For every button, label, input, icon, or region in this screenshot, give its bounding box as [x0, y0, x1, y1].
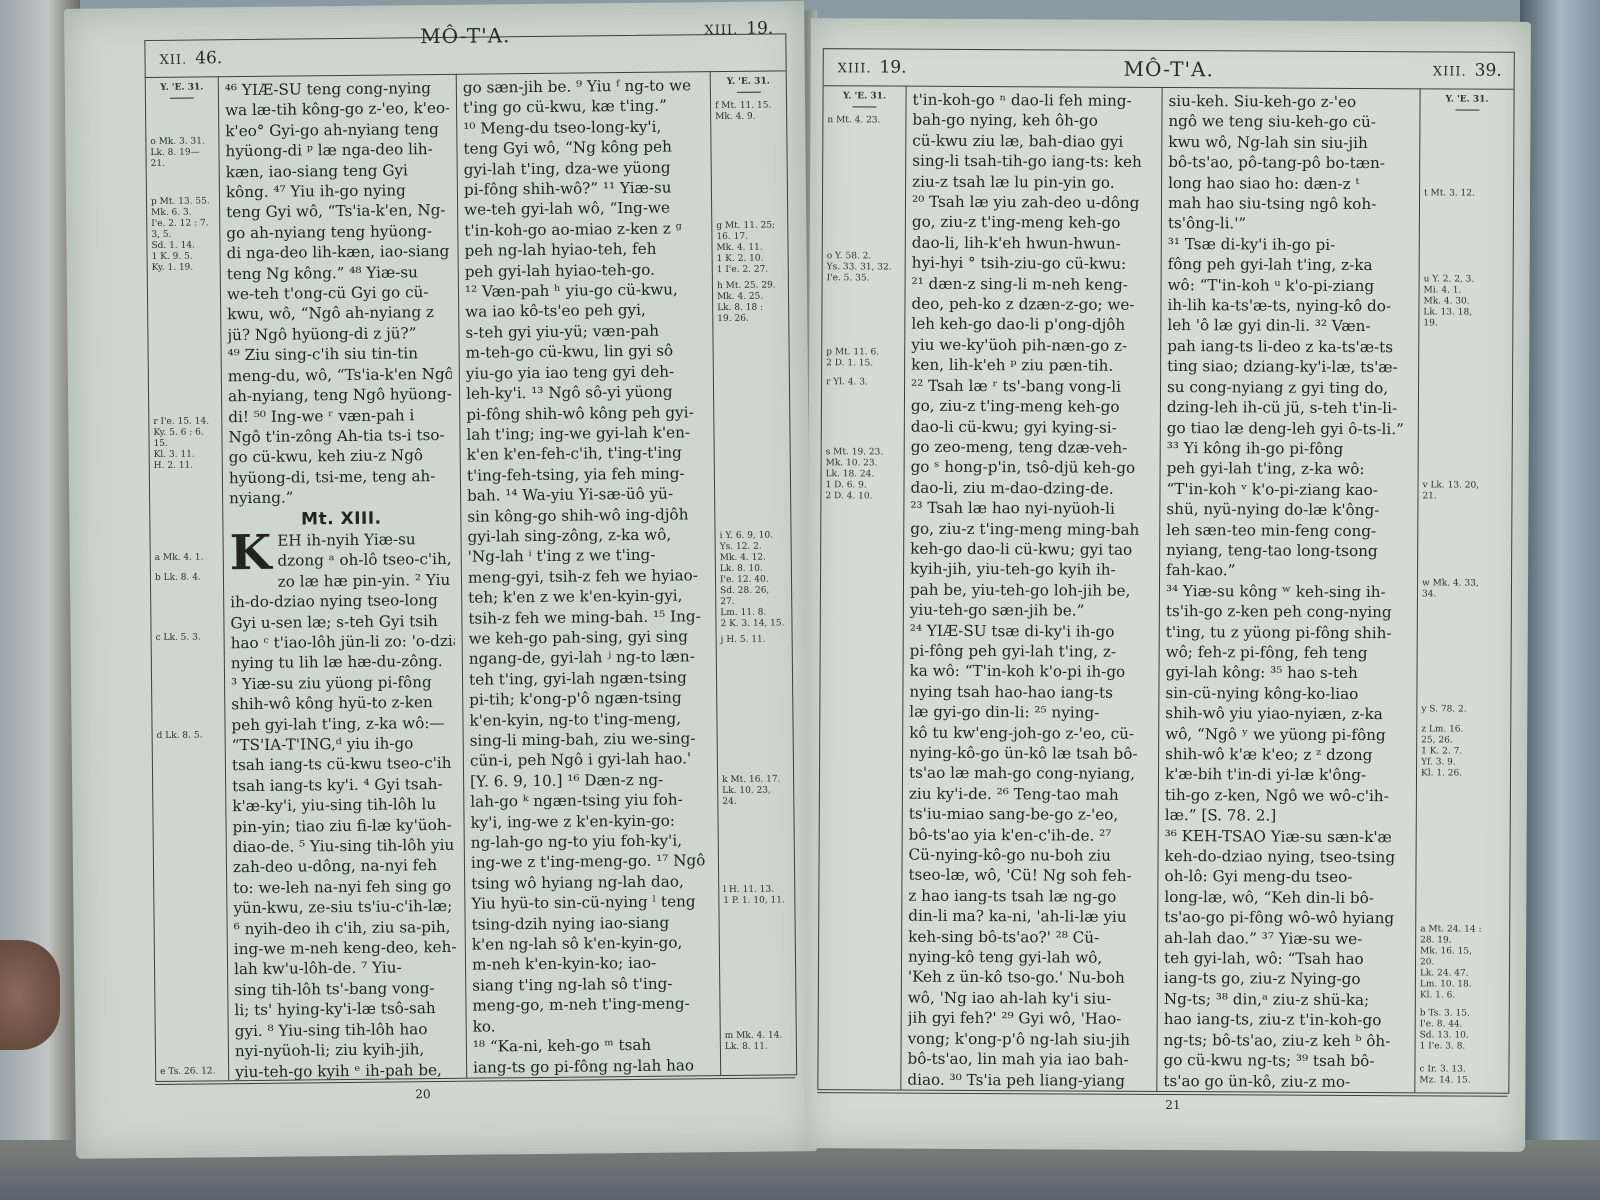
- text-line: hyi-hyi ° tsih-ziu-go cü-kwu:: [912, 253, 1154, 275]
- text-line: go cü-kwu ng-ts; ³⁹ tsah bô-: [1163, 1050, 1407, 1072]
- text-line: keh-sing bô-ts'ao?' ²⁸ Cü-: [908, 926, 1150, 948]
- drop-cap: K: [229, 533, 271, 573]
- text-line: m-neh k'en-kyin-ko; iao-: [472, 953, 712, 976]
- text-line: long-læ, wô, “Keh din-li bô-: [1164, 887, 1408, 909]
- text-line: jü? Ngô hyüong-di z jü?”: [227, 323, 451, 346]
- text-line: kwu wô, Ng-lah sin siu-jih: [1168, 132, 1412, 154]
- text-line: ²³ Tsah læ hao nyi-nyüoh-li: [910, 498, 1152, 520]
- text-line: ts'ao-go pi-fông wô-wô hyiang: [1164, 907, 1408, 929]
- text-line: tsih-z feh we ming-bah. ¹⁵ Ing-: [468, 606, 708, 629]
- text-line: ³⁶ KEH-TSAO Yiæ-su sæn-k'æ: [1165, 826, 1409, 848]
- text-line: ih-lih ka-ts'æ-ts, nying-kô do-: [1167, 295, 1411, 317]
- left-margin-references: Y. 'E. 31. n Mt. 4. 23.o Y. 58. 2. Ys. 3…: [818, 85, 905, 1089]
- text-line: kô tu kw'eng-joh-go z-'eo, cü-: [909, 722, 1151, 744]
- text-line: vong; k'ong-p'ô ng-lah siu-jih: [908, 1028, 1150, 1050]
- text-line: keh-do-dziao nying, tseo-tsing: [1165, 846, 1409, 868]
- text-line: 'Keh z ün-kô tso-go.' Nu-boh: [908, 967, 1150, 989]
- text-line: k'en-kyin, ng-to t'ing-meng,: [469, 708, 709, 731]
- text-line: k'æ-ky'i, yiu-sing tih-lôh lu: [232, 794, 456, 817]
- text-line: sin-cü-nying kông-ko-liao: [1165, 683, 1409, 705]
- text-line: ting siao; dziang-ky'i-læ, ts'æ-: [1167, 356, 1411, 378]
- text-line: nyi-nyüoh-li; ziu kyih-jih,: [235, 1039, 459, 1062]
- chapter-verse-start: XII.46.: [159, 48, 222, 69]
- text-line: we keh-go pah-sing, gyi sing: [469, 626, 709, 649]
- text-line: ²¹ dæn-z sing-li m-neh keng-: [912, 273, 1154, 295]
- text-line: t'ing-feh-tsing, yia feh ming-: [467, 463, 707, 486]
- text-line: dzong ᵃ oh-lô tseo-c'ih,: [277, 549, 453, 571]
- text-line: læ.” [S. 78. 2.]: [1165, 805, 1409, 827]
- cross-reference: b Lk. 8. 4.: [155, 572, 221, 584]
- text-line: [Y. 6. 9, 10.] ¹⁶ Dæn-z ng-: [470, 769, 710, 792]
- text-line: sing tih-lôh ts'-bang vong-: [234, 978, 458, 1001]
- text-line: ts'ông-li.'”: [1168, 213, 1412, 235]
- chapter-label: XIII.: [704, 23, 738, 38]
- text-line: z hao iang-ts tsah læ ng-go: [908, 885, 1150, 907]
- verse-label: 46.: [195, 48, 222, 68]
- text-line: leh 'ô læ gyi din-li. ³² Væn-: [1167, 315, 1411, 337]
- verse-label: 19.: [746, 18, 773, 38]
- text-line: di! ⁵⁰ Ing-we ʳ væn-pah i: [228, 404, 452, 427]
- cross-reference: u Y. 2. 2, 3. Mi. 4. 1. Mk. 4. 30. Lk. 1…: [1423, 274, 1510, 329]
- cross-reference: f Mt. 11. 15. Mk. 4. 9.: [715, 100, 784, 123]
- text-line: bah. ¹⁴ Wa-yiu Yi-sæ-üô yü-: [467, 483, 707, 506]
- text-line: wa læ-tih kông-go z-'eo, k'eo-: [225, 98, 449, 121]
- text-line: “T'in-koh ᵛ k'o-pi-ziang kao-: [1166, 479, 1410, 501]
- cross-reference: l H. 11. 13. 1 P. 1. 10, 11.: [723, 884, 792, 907]
- text-line: gyi. ⁸ Yiu-sing tih-lôh hao: [235, 1019, 459, 1042]
- text-line: nying-kô teng gyi-lah wô,: [908, 947, 1150, 969]
- text-line: sing-li ming-bah, ziu we-sing-: [470, 728, 710, 751]
- text-line: “TS'IA-T'ING,ᵈ yiu ih-go: [232, 733, 456, 756]
- text-line: gyi-lah kông: ³⁵ hao s-teh: [1165, 662, 1409, 684]
- text-line: t'in-koh-go ⁿ dao-li feh ming-: [912, 90, 1154, 112]
- page-number: 21: [1165, 1098, 1180, 1112]
- page-number: 20: [415, 1087, 430, 1101]
- text-line: bô-ts'ao, lin mah yia iao bah-: [907, 1049, 1149, 1071]
- text-line: zah-deo u-dông, na-nyi feh: [233, 855, 457, 878]
- text-line: pi-fông shih-wô kông peh gyi-: [466, 402, 706, 425]
- text-line: tseo-læ, wô, 'Cü! Ng soh feh-: [908, 865, 1150, 887]
- text-line: we-teh gyi-lah wô, “Ing-we: [464, 198, 704, 221]
- text-line: lah kw'u-lôh-de. ⁷ Yiu-: [234, 957, 458, 980]
- text-column-1: t'in-koh-go ⁿ dao-li feh ming-bah-go nyi…: [901, 86, 1160, 1091]
- text-line: dao-li cü-kwu; gyi kying-si-: [911, 416, 1153, 438]
- text-column-2: go sæn-jih be. ⁹ Yiu ᶠ ng-to wet'ing go …: [457, 71, 719, 1078]
- text-line: li; ts' hying-ky'i-læ tsô-sah: [234, 998, 458, 1021]
- text-line: leh sæn-teo min-feng cong-: [1166, 520, 1410, 542]
- text-line: ko.: [473, 1014, 713, 1037]
- text-line: kwe; siu-keh,ᶜ ziu-z z-shü: [1163, 1091, 1407, 1092]
- text-line: 'Ng-lah ⁱ t'ing z we t'ing-: [468, 545, 708, 568]
- text-column-2: siu-keh. Siu-keh-go z-'eongô we teng siu…: [1157, 87, 1418, 1092]
- text-line: peh gyi-lah t'ing, z-ka wô:—: [231, 712, 455, 735]
- text-line: nying tsah hao-hao iang-ts: [909, 681, 1151, 703]
- text-line: go zeo-meng, teng dzæ-veh-: [911, 437, 1153, 459]
- text-line: ih-do-dziao nying tseo-long: [230, 590, 454, 613]
- chapter-label: XII.: [159, 53, 187, 68]
- text-line: ngô we teng siu-keh-go cü-: [1168, 111, 1412, 133]
- cross-reference: p Mt. 13. 55. Mk. 6. 3. I'e. 2. 12 : 7. …: [151, 196, 218, 274]
- cross-reference: t Mt. 3. 12.: [1424, 188, 1511, 199]
- text-line: cün-i, peh Ngô i gyi-lah hao.': [470, 749, 710, 772]
- text-line: ²⁴ YIÆ-SU tsæ di-ky'i ih-go: [910, 620, 1152, 642]
- text-line: kwu, wô, “Ngô ah-nyiang z: [227, 302, 451, 325]
- text-line: long hao siao ho: dæn-z ᵗ: [1168, 173, 1412, 195]
- text-line: yün-kwu, ze-siu ts'iu-c'ih-læ;: [233, 896, 457, 919]
- refs-header: Y. 'E. 31.: [150, 82, 214, 94]
- book-title: MÔ-T'A.: [145, 20, 785, 51]
- text-line: ³³ Yi kông ih-go pi-fông: [1167, 438, 1411, 460]
- text-line: Yiu hyü-to sin-cü-nying ˡ teng: [471, 891, 711, 914]
- cross-reference: z Lm. 16. 25, 26. 1 K. 2. 7. Yf. 3. 9. K…: [1421, 724, 1508, 779]
- text-line: pah iang-ts li-deo z ka-ts'æ-ts: [1167, 336, 1411, 358]
- text-line: diao. ³⁰ Ts'ia peh liang-yiang: [907, 1069, 1149, 1091]
- text-line: teng Ng kông.” ⁴⁸ Yiæ-su: [227, 262, 451, 285]
- refs-header: Y. 'E. 31.: [715, 76, 782, 88]
- text-line: deo, peh-ko z dzæn-z-go; we-: [911, 294, 1153, 316]
- text-line: ah-lah dao.” ³⁷ Yiæ-su we-: [1164, 928, 1408, 950]
- text-line: pi-tih; k'ong-p'ô ngæn-tsing: [469, 687, 709, 710]
- text-line: meng-gyi, tsih-z feh we hyiao-: [468, 565, 708, 588]
- text-line: ky'i, ing-we z k'en-kyin-go:: [470, 810, 710, 833]
- running-head: XIII.19. MÔ-T'A. XIII.39.: [824, 49, 1514, 90]
- text-line: tih-go z-ken, Ngô we wô-c'ih-: [1165, 785, 1409, 807]
- text-line: siang t'ing ng-lah sô t'ing-: [472, 973, 712, 996]
- text-line: tsah iang-ts ky'i. ⁴ Gyi tsah-: [232, 774, 456, 797]
- left-page-frame: XII.46. MÔ-T'A. XIII.19. Y. 'E. 31. o Mk…: [144, 33, 797, 1082]
- text-line: jih gyi feh?' ²⁹ Gyi wô, 'Hao-: [908, 1008, 1150, 1030]
- divider: [736, 92, 760, 93]
- cross-reference: r I'e. 15. 14. Ky. 5. 6 : 6. 15. Kl. 3. …: [153, 416, 220, 472]
- text-line: s-teh gyi yiu-yü; væn-pah: [465, 320, 705, 343]
- cross-reference: o Y. 58. 2. Ys. 33. 31, 32. I'e. 5. 35.: [827, 251, 903, 284]
- divider: [852, 106, 876, 107]
- text-line: t'in-koh-go ao-miao z-ken z ᵍ: [464, 218, 704, 241]
- text-line: wô; feh-z pi-fông, feh teng: [1166, 642, 1410, 664]
- text-line: di nga-deo lih-kæn, iao-siang: [226, 241, 450, 264]
- text-line: yiu-teh-go kyih ᵉ ih-pah be,: [235, 1059, 459, 1080]
- left-page: XII.46. MÔ-T'A. XIII.19. Y. 'E. 31. o Mk…: [64, 1, 816, 1159]
- text-line: teh; k'en z we k'en-kyin-gyi,: [468, 585, 708, 608]
- text-line: hao ᶜ t'iao-lôh jün-li zo: 'o-dziao: [231, 631, 455, 654]
- text-line: to: we-leh na-nyi feh sing go: [233, 876, 457, 899]
- refs-header: Y. 'E. 31.: [828, 91, 902, 102]
- text-line: shü, nyü-nying do-læ k'ông-: [1166, 499, 1410, 521]
- text-line: cü-kwu ziu læ, bah-diao gyi: [912, 130, 1154, 152]
- text-line: ts'iu-miao sang-be-go z-'eo,: [909, 804, 1151, 826]
- text-line: ts'ao go ün-kô, ziu-z mo-: [1163, 1070, 1407, 1092]
- text-line: nyiang.”: [229, 486, 453, 509]
- text-line: ng-ts; bô-ts'ao, ziu-z keh ᵇ ôh-: [1164, 1030, 1408, 1052]
- text-line: Ng-ts; ³⁸ din,ᵃ ziu-z shü-ka;: [1164, 989, 1408, 1011]
- book-title: MÔ-T'A.: [824, 55, 1514, 83]
- text-line: pi-fông shih-wô?” ¹¹ Yiæ-su: [464, 177, 704, 200]
- text-line: siu-keh. Siu-keh-go z-'eo: [1168, 91, 1412, 113]
- text-line: teh gyi-lah, wô: “Tsah hao: [1164, 948, 1408, 970]
- refs-header: Y. 'E. 31.: [1425, 94, 1510, 105]
- text-line: Cü-nying-kô-go nu-boh ziu: [909, 845, 1151, 867]
- text-line: ⁶ nyih-deo ih c'ih, ziu sa-pih,: [234, 916, 458, 939]
- cross-reference: j H. 5. 11.: [721, 634, 790, 646]
- text-column-1: ⁴⁶ YIÆ-SU teng cong-nyingwa læ-tih kông-…: [219, 74, 466, 1080]
- text-line: Gyi u-sen læ; s-teh Gyi tsih: [230, 610, 454, 633]
- text-line: shih-wô kông hyü-to z-ken: [231, 692, 455, 715]
- cross-reference: b Ts. 3. 15. I'e. 8. 44. Sd. 13. 10. 1 I…: [1420, 1008, 1507, 1052]
- text-line: nying tu lih læ hæ-du-zông.: [231, 651, 455, 674]
- text-line: ⁴⁶ YIÆ-SU teng cong-nying: [225, 78, 449, 101]
- text-line: oh-lô: Gyi meng-du tseo-: [1164, 866, 1408, 888]
- cross-reference: a Mk. 4. 1.: [155, 552, 221, 564]
- text-line: ngang-de, gyi-lah ʲ ng-to læn-: [469, 647, 709, 670]
- text-line: iang-ts go pi-fông ng-lah hao: [473, 1055, 713, 1078]
- text-line: dao-li, lih-k'eh hwun-hwun-: [912, 232, 1154, 254]
- text-line: tsing-dzih nying iao-siang: [472, 912, 712, 935]
- text-line: k'æ-bih t'in-di yi-læ k'ông-: [1165, 764, 1409, 786]
- text-line: k'en ng-lah sô k'en-kyin-go,: [472, 932, 712, 955]
- text-line: yiu we-ky'üoh pih-næn-go z-: [911, 335, 1153, 357]
- text-line: go ˢ hong-p'in, tsô-djü keh-go: [911, 457, 1153, 479]
- text-line: wa iao kô-ts'eo peh gyi,: [465, 300, 705, 323]
- text-line: ts'ih-go z-ken peh cong-nying: [1166, 601, 1410, 623]
- text-line: su cong-nyiang z gyi ting do,: [1167, 377, 1411, 399]
- text-line: fông peh gyi-lah t'ing, z-ka: [1168, 254, 1412, 276]
- text-line: peh gyi-lah t'ing, z-ka wô:: [1167, 458, 1411, 480]
- cross-reference: e Ts. 26. 12.: [160, 1066, 226, 1078]
- text-line: ³ Yiæ-su ziu yüong pi-fông: [231, 672, 455, 695]
- text-line: peh gyi-lah hyiao-teh-go.: [465, 259, 705, 282]
- text-line: hyüong-di, tsi-me, teng ah-: [229, 466, 453, 489]
- text-line: kông. ⁴⁷ Yiu ih-go nying: [226, 180, 450, 203]
- text-line: mah hao siu-tsing ngô koh-: [1168, 193, 1412, 215]
- text-line: ts'ao læ mah-go cong-nyiang,: [909, 763, 1151, 785]
- text-line: go tiao læ deng-leh gyi ô-ts-li.”: [1167, 417, 1411, 439]
- text-line: ziu-z tsah læ lu pin-yin go.: [912, 171, 1154, 193]
- text-line: ³¹ Tsæ di-ky'i ih-go pi-: [1168, 234, 1412, 256]
- text-line: dô-kô do-ky'i-læ ih-dzih tao: [907, 1090, 1149, 1091]
- text-line: ziu ky'i-de. ²⁶ Teng-tao mah: [909, 783, 1151, 805]
- cross-reference: d Lk. 8. 5.: [157, 730, 223, 742]
- left-margin-references: Y. 'E. 31. o Mk. 3. 31. Lk. 8. 19— 21.p …: [146, 76, 229, 1081]
- divider: [170, 98, 194, 99]
- text-line: sing-li tsah-tih-go iang-ts: keh: [912, 151, 1154, 173]
- text-line: leh-ky'i. ¹³ Ngô sô-yi yüong: [466, 381, 706, 404]
- text-line: meng-go, m-neh t'ing-meng-: [472, 993, 712, 1016]
- text-line: bah-go nying, keh ôh-go: [912, 110, 1154, 132]
- text-line: lah t'ing; ing-we gyi-lah k'en-: [466, 422, 706, 445]
- text-line: diao-de. ⁵ Yiu-sing tih-lôh yiu: [233, 835, 457, 858]
- text-line: iang-ts go, ziu-z Nying-go: [1164, 968, 1408, 990]
- text-line: m-teh-go cü-kwu, lin gyi sô: [466, 340, 706, 363]
- text-line: din-li ma? ka-ni, 'ah-li-læ yiu: [908, 906, 1150, 928]
- cross-reference: c Lk. 5. 3.: [156, 632, 222, 644]
- chapter-verse-end: XIII.39.: [1433, 60, 1502, 80]
- cross-reference: g Mt. 11. 25; 16. 17. Mk. 4. 11. 1 K. 2.…: [716, 220, 786, 276]
- text-line: zo læ hæ pin-yin. ² Yiu ᵇ: [278, 570, 454, 592]
- text-line: yiu-go yia iao teng gyi deh-: [466, 361, 706, 384]
- text-line: kæn, iao-siang teng Gyi: [226, 160, 450, 183]
- right-margin-references: Y. 'E. 31. f Mt. 11. 15. Mk. 4. 9.g Mt. …: [711, 70, 797, 1075]
- right-page: XIII.19. MÔ-T'A. XIII.39. Y. 'E. 31. n M…: [805, 18, 1531, 1152]
- text-line: teng Gyi wô, “Ng kông peh: [463, 136, 703, 159]
- text-line: ⁴⁹ Ziu sing-c'ih siu tin-tin: [228, 343, 452, 366]
- text-line: go, ziu-z t'ing-meng keh-go: [912, 212, 1154, 234]
- text-line: ¹⁰ Meng-du tseo-long-ky'i,: [463, 116, 703, 139]
- chapter-label: XIII.: [1433, 64, 1467, 79]
- text-line: leh keh-go dao-li p'ong-djôh: [911, 314, 1153, 336]
- text-line: keh-go dao-li cü-kwu; gyi tao: [910, 539, 1152, 561]
- text-line: meng-du, wô, “Ts'ia-k'en Ngô: [228, 364, 452, 387]
- cross-reference: k Mt. 16. 17. Lk. 10. 23, 24.: [722, 774, 791, 808]
- cross-reference: a Mt. 24. 14 : 28. 19. Mk. 16. 15, 20. L…: [1420, 924, 1507, 1001]
- cross-reference: y S. 78. 2.: [1421, 704, 1508, 715]
- text-line: hao iang-ts, ziu-z t'in-koh-go: [1164, 1009, 1408, 1031]
- text-line: teng Gyi wô, “Ts'ia-k'en, Ng-: [226, 200, 450, 223]
- text-line: ah-nyiang, teng Ngô hyüong-: [228, 384, 452, 407]
- cross-reference: m Mk. 4. 14. Lk. 8. 11.: [725, 1030, 794, 1053]
- text-line: teh t'ing, gyi-lah ngæn-tsing: [469, 667, 709, 690]
- text-line: gyi-lah sing-zông, z-ka wô,: [467, 524, 707, 547]
- right-margin-references: Y. 'E. 31. t Mt. 3. 12.u Y. 2. 2, 3. Mi.…: [1415, 88, 1513, 1092]
- text-line: k'en k'en-feh-c'ih, t'ing-t'ing: [467, 443, 707, 466]
- text-line: ²⁰ Tsah læ yiu zah-deo u-dông: [912, 192, 1154, 214]
- text-line: go cü-kwu, keh ziu-z Ngô: [229, 445, 453, 468]
- text-line: nying-kô-go ün-kô læ tsah bô-: [909, 743, 1151, 765]
- text-line: ng-lah-go ng-to yiu foh-ky'i,: [471, 830, 711, 853]
- chapter-verse-end: XIII.19.: [704, 18, 773, 39]
- text-line: bô-ts'ao, pô-tang-pô bo-tæn-: [1168, 152, 1412, 174]
- text-line: ken, lih-k'eh ᵖ ziu pæn-tih.: [911, 355, 1153, 377]
- thumb-holding-book: [0, 940, 60, 1050]
- text-line: nyiang, teng-tao long-tsong: [1166, 540, 1410, 562]
- text-line: ³⁴ Yiæ-su kông ʷ keh-sing ih-: [1166, 581, 1410, 603]
- cross-reference: r Yl. 4. 3.: [826, 377, 902, 388]
- cross-reference: h Mt. 25. 29. Mk. 4. 25. Lk. 8. 18 : 19.…: [717, 280, 786, 325]
- verse-label: 39.: [1475, 61, 1502, 81]
- text-line: dzing-leh ih-cü jü, s-teh t'in-li-: [1167, 397, 1411, 419]
- background-right: [1520, 0, 1600, 1200]
- text-line: peh ng-lah hyiao-teh, feh: [464, 238, 704, 261]
- right-page-frame: XIII.19. MÔ-T'A. XIII.39. Y. 'E. 31. n M…: [817, 48, 1514, 1094]
- text-line: bô-ts'ao yia k'en-c'ih-de. ²⁷: [909, 824, 1151, 846]
- text-line: læ gyi-go din-li: ²⁵ nying-: [909, 702, 1151, 724]
- text-line: shih-wô yiu yiao-nyiæn, z-ka: [1165, 703, 1409, 725]
- text-line: ¹² Væn-pah ʰ yiu-go cü-kwu,: [465, 279, 705, 302]
- text-line: tsah iang-ts cü-kwu tseo-c'ih: [232, 753, 456, 776]
- cross-reference: v Lk. 13. 20, 21.: [1422, 480, 1509, 502]
- text-line: t'ing go cü-kwu, kæ t'ing.”: [463, 96, 703, 119]
- text-line: hyüong-di ᵖ læ nga-deo lih-: [225, 139, 449, 162]
- text-line: k'eo° Gyi-go ah-nyiang teng: [225, 119, 449, 142]
- text-line: ing-we z t'ing-meng-go. ¹⁷ Ngô: [471, 851, 711, 874]
- text-line: yiu-teh-go sæn-jih be.”: [910, 600, 1152, 622]
- text-line: gyi-lah t'ing, dza-we yüong: [464, 157, 704, 180]
- text-line: ¹⁸ “Ka-ni, keh-go ᵐ tsah: [473, 1034, 713, 1057]
- text-line: pi-fông peh gyi-lah t'ing, z-: [910, 641, 1152, 663]
- text-line: ing-we m-neh keng-deo, keh-: [234, 937, 458, 960]
- text-line: wô, 'Ng iao ah-lah ky'i siu-: [908, 988, 1150, 1010]
- text-line: shih-wô k'æ k'eo; z ᶻ dzong: [1165, 744, 1409, 766]
- text-line: kyih-jih, yiu-teh-go kyih ih-: [910, 559, 1152, 581]
- text-line: pin-yin; tiao ziu fi-læ ky'üoh-: [232, 814, 456, 837]
- text-line: tsing wô hyiang ng-lah dao,: [471, 871, 711, 894]
- divider: [1455, 109, 1479, 110]
- text-line: sin kông-go shih-wô ing-djôh: [467, 504, 707, 527]
- text-line: go, ziu-z t'ing-meng ming-bah: [910, 518, 1152, 540]
- cross-reference: c Ir. 3. 13. Mz. 14. 15.: [1419, 1064, 1506, 1086]
- text-line: ²² Tsah læ ʳ ts'-bang vong-li: [911, 375, 1153, 397]
- text-line: EH ih-nyih Yiæ-su: [277, 529, 453, 551]
- text-line: fah-kao.”: [1166, 560, 1410, 582]
- cross-reference: s Mt. 19. 23. Mk. 10. 23. Lk. 18. 24. 1 …: [825, 447, 901, 502]
- text-line: dao-li, ziu m-dao-dzing-de.: [910, 477, 1152, 499]
- text-line: go ah-nyiang teng hyüong-: [226, 221, 450, 244]
- text-line: pah be, yiu-teh-go loh-jih be,: [910, 579, 1152, 601]
- text-line: wô, “Ngô ʸ we yüong pi-fông: [1165, 724, 1409, 746]
- cross-reference: n Mt. 4. 23.: [827, 115, 903, 126]
- text-line: lah-go ᵏ ngæn-tsing yiu foh-: [470, 789, 710, 812]
- text-line: go, ziu-z t'ing-meng keh-go: [911, 396, 1153, 418]
- text-line: wô: “T'in-koh ᵘ k'o-pi-ziang: [1168, 275, 1412, 297]
- text-line: we-teh t'ong-cü Gyi go cü-: [227, 282, 451, 305]
- cross-reference: i Y. 6. 9, 10. Ys. 12. 2. Mk. 4. 12. Lk.…: [720, 530, 790, 630]
- cross-reference: p Mt. 11. 6. 2 D. 1. 15.: [826, 347, 902, 369]
- text-line: ka wô: “T'in-koh k'o-pi ih-go: [909, 661, 1151, 683]
- text-line: Ngô t'in-zông Ah-tia ts-i tso-: [228, 425, 452, 448]
- text-line: go sæn-jih be. ⁹ Yiu ᶠ ng-to we: [463, 75, 703, 98]
- text-line: t'ing, tu z yüong pi-fông shih-: [1166, 622, 1410, 644]
- cross-reference: o Mk. 3. 31. Lk. 8. 19— 21.: [150, 136, 216, 170]
- cross-reference: w Mk. 4. 33, 34.: [1422, 578, 1509, 600]
